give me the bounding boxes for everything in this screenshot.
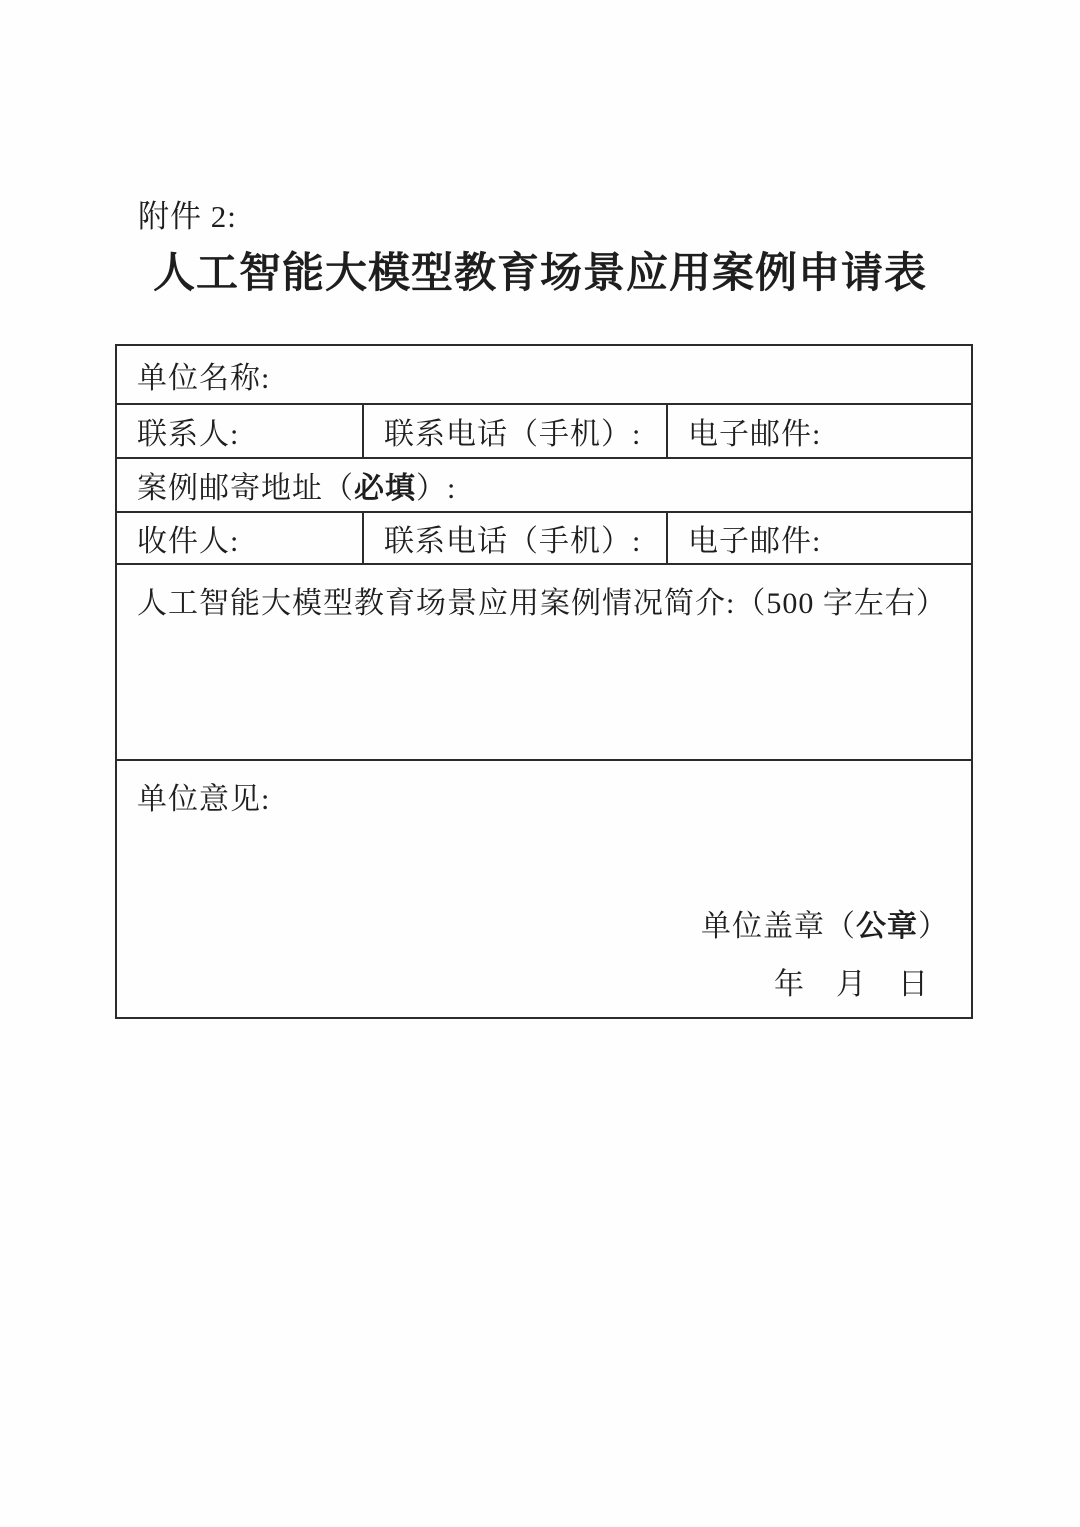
document-page: 附件 2: 人工智能大模型教育场景应用案例申请表 单位名称: 联系人: 联系电话… [0,0,1080,1527]
unit-stamp-prefix: 单位盖章（ [701,910,856,943]
recipient-email-label: 电子邮件: [688,516,821,560]
unit-name-cell: 单位名称: [117,346,971,403]
unit-stamp-suffix: ） [918,910,949,943]
recipient-email-cell: 电子邮件: [668,513,971,563]
mailing-address-prefix: 案例邮寄地址（ [137,463,354,507]
unit-opinion-label: 单位意见: [137,774,971,818]
table-row-mailing-address: 案例邮寄地址（必填）: [117,459,971,513]
table-row-recipient: 收件人: 联系电话（手机）: 电子邮件: [117,513,971,565]
contact-email-cell: 电子邮件: [668,405,971,457]
page-title: 人工智能大模型教育场景应用案例申请表 [0,240,1080,300]
recipient-person-cell: 收件人: [117,513,364,563]
table-row-case-intro: 人工智能大模型教育场景应用案例情况简介:（500 字左右） [117,565,971,761]
contact-phone-cell: 联系电话（手机）: [364,405,668,457]
unit-name-label: 单位名称: [137,353,270,397]
mailing-address-cell: 案例邮寄地址（必填）: [117,459,971,511]
case-intro-label: 人工智能大模型教育场景应用案例情况简介:（500 字左右） [137,578,947,622]
contact-person-label: 联系人: [137,409,239,453]
application-form-table: 单位名称: 联系人: 联系电话（手机）: 电子邮件: 案例邮寄地址（必填）: 收… [115,344,973,1019]
contact-person-cell: 联系人: [117,405,364,457]
case-intro-cell: 人工智能大模型教育场景应用案例情况简介:（500 字左右） [117,565,971,759]
unit-stamp-line: 单位盖章（公章） [137,901,971,945]
unit-stamp-bold: 公章 [856,910,918,943]
recipient-phone-cell: 联系电话（手机）: [364,513,668,563]
contact-email-label: 电子邮件: [688,409,821,453]
contact-phone-label: 联系电话（手机）: [384,409,641,453]
mailing-address-required: 必填 [354,463,416,507]
date-line: 年 月 日 [137,959,971,1003]
recipient-person-label: 收件人: [137,516,239,560]
table-row-contact: 联系人: 联系电话（手机）: 电子邮件: [117,405,971,459]
unit-opinion-blank-space [137,818,971,901]
table-row-unit-name: 单位名称: [117,346,971,405]
mailing-address-suffix: ）: [416,463,456,507]
unit-opinion-cell: 单位意见: 单位盖章（公章） 年 月 日 [117,761,971,1017]
recipient-phone-label: 联系电话（手机）: [384,516,641,560]
table-row-unit-opinion: 单位意见: 单位盖章（公章） 年 月 日 [117,761,971,1017]
attachment-label: 附件 2: [138,191,237,236]
